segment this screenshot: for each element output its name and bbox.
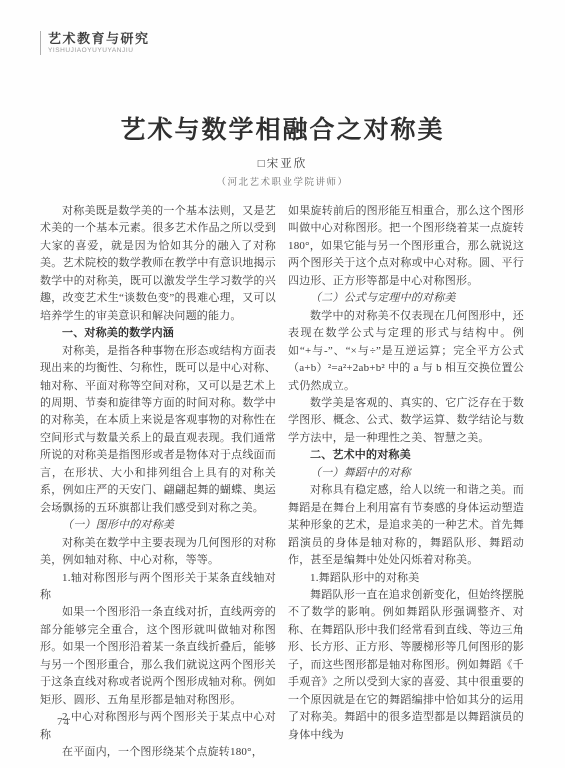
paragraph: 数学美是客观的、真实的、它广泛存在于数学图形、概念、公式、数学运算、数学结论与数… [288, 395, 524, 447]
numbered-item-heading: 2.中心对称图形与两个图形关于某点中心对称 [40, 709, 276, 744]
page-number: 74 [57, 716, 70, 728]
article-author: □宋亚欣 [0, 155, 565, 171]
paragraph: 如果旋转前后的图形能互相重合，那么这个图形叫做中心对称图形。把一个图形绕着某一点… [288, 203, 524, 290]
section-heading: 一、对称美的数学内涵 [40, 325, 276, 342]
header-divider-rule [40, 31, 41, 55]
numbered-item-heading: 1.舞蹈队形中的对称美 [288, 570, 524, 587]
section-heading: 二、艺术中的对称美 [288, 447, 524, 464]
sub-heading: （一）舞蹈中的对称 [288, 465, 524, 482]
article-title: 艺术与数学相融合之对称美 [0, 110, 565, 146]
sub-heading: （一）图形中的对称美 [40, 517, 276, 534]
article-body: 对称美既是数学美的一个基本法则，又是艺术美的一个基本元素。很多艺术作品之所以受到… [40, 203, 525, 762]
left-column: 对称美既是数学美的一个基本法则，又是艺术美的一个基本元素。很多艺术作品之所以受到… [40, 203, 276, 762]
paragraph: 如果一个图形沿一条直线对折，直线两旁的部分能够完全重合，这个图形就叫做轴对称图形… [40, 604, 276, 709]
paragraph: 在平面内，一个图形绕某个点旋转180°， [40, 744, 276, 761]
journal-pinyin: YISHUJIAOYUYUYANJIU [48, 47, 150, 55]
journal-header: 艺术教育与研究 YISHUJIAOYUYUYANJIU [40, 31, 150, 55]
paragraph: 数学中的对称美不仅表现在几何图形中，还表现在数学公式与定理的形式与结构中。例如“… [288, 308, 524, 395]
paragraph: 对称美，是指各种事物在形态或结构方面表现出来的均衡性、匀称性，既可以是中心对称、… [40, 343, 276, 518]
right-column: 如果旋转前后的图形能互相重合，那么这个图形叫做中心对称图形。把一个图形绕着某一点… [288, 203, 524, 762]
paragraph: 舞蹈队形一直在追求创新变化，但始终摆脱不了数学的影响。例如舞蹈队形强调整齐、对称… [288, 587, 524, 744]
paragraph: 对称美在数学中主要表现为几何图形的对称美，例如轴对称、中心对称，等等。 [40, 535, 276, 570]
sub-heading: （二）公式与定理中的对称美 [288, 290, 524, 307]
journal-badge: 艺术教育与研究 YISHUJIAOYUYUYANJIU [48, 31, 150, 55]
numbered-item-heading: 1.轴对称图形与两个图形关于某条直线轴对称 [40, 570, 276, 605]
journal-title: 艺术教育与研究 [48, 31, 150, 47]
journal-page: 艺术教育与研究 YISHUJIAOYUYUYANJIU 艺术与数学相融合之对称美… [0, 0, 565, 768]
article-affiliation: （河北艺术职业学院讲师） [0, 174, 565, 188]
paragraph: 对称美既是数学美的一个基本法则，又是艺术美的一个基本元素。很多艺术作品之所以受到… [40, 203, 276, 325]
paragraph: 对称具有稳定感，给人以统一和谐之美。而舞蹈是在舞台上利用富有节奏感的身体运动塑造… [288, 482, 524, 569]
